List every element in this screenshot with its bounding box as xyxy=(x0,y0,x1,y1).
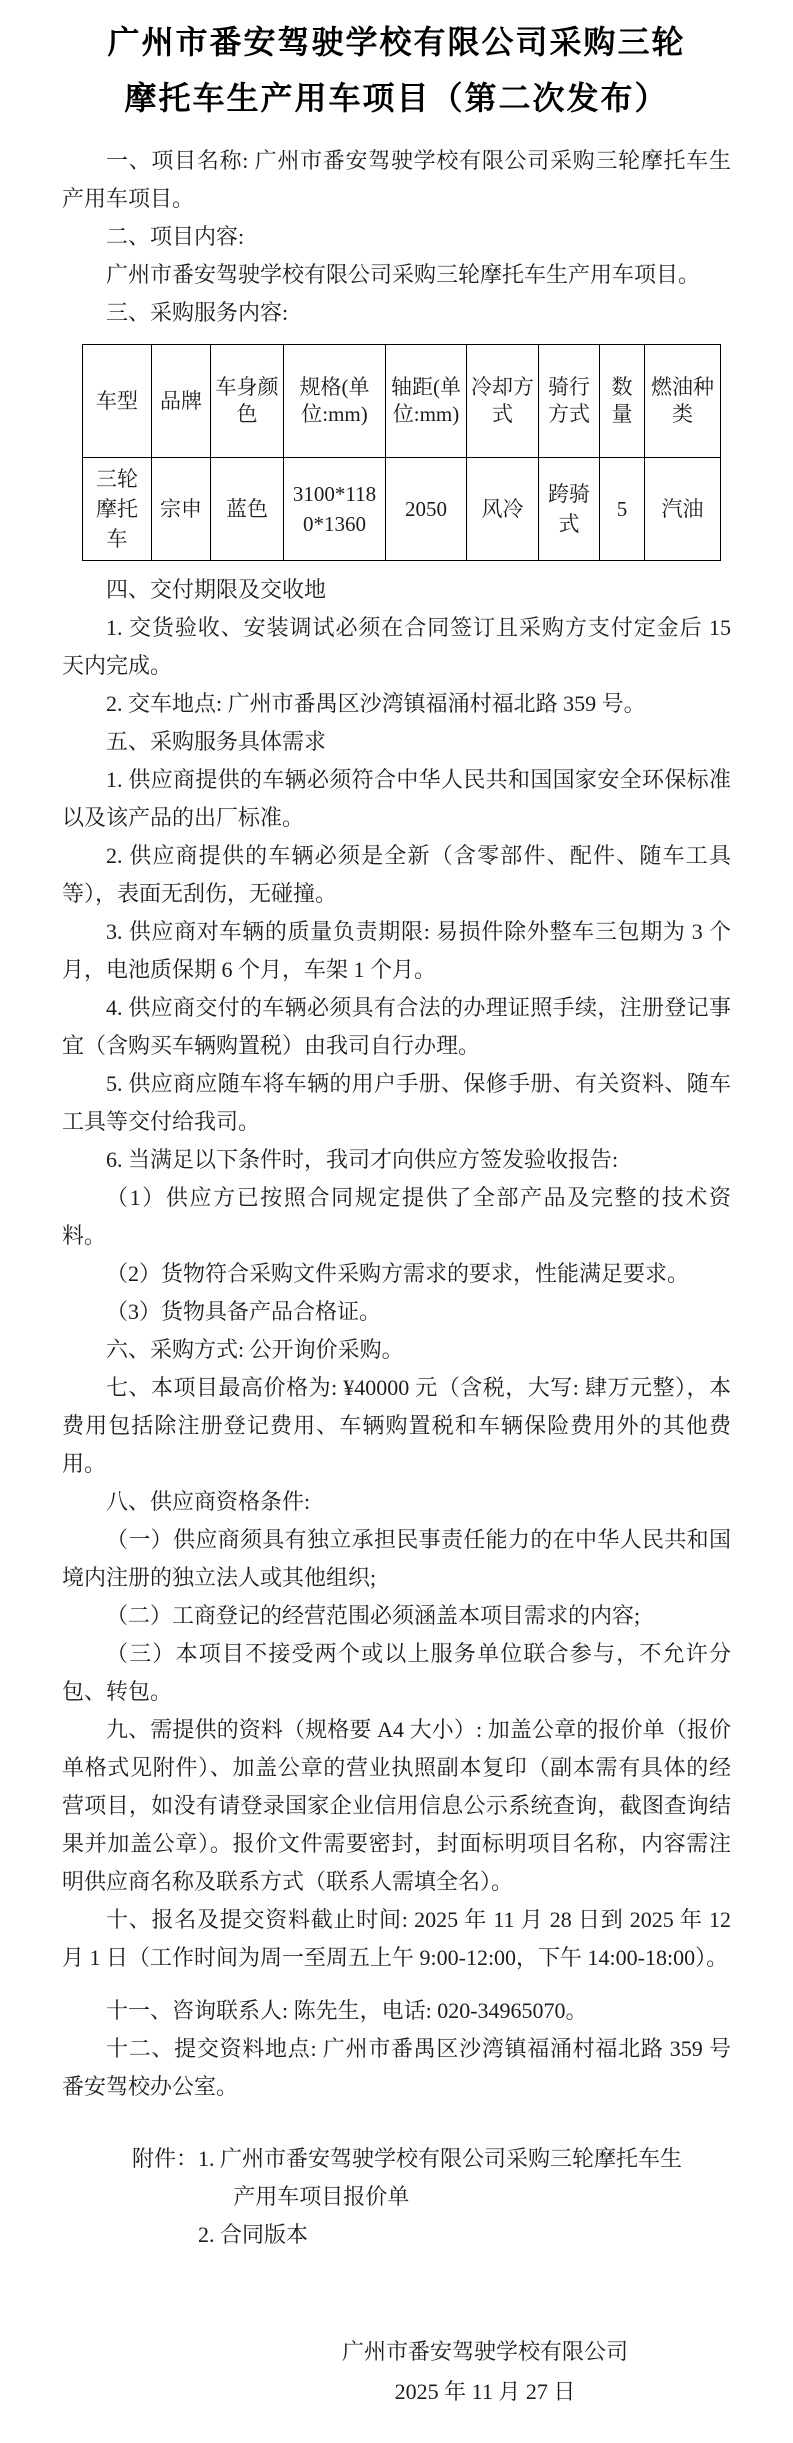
attachment-item: 2. 合同版本 xyxy=(198,2216,703,2254)
paragraph: （一）供应商须具有独立承担民事责任能力的在中华人民共和国境内注册的独立法人或其他… xyxy=(62,1521,731,1597)
table-data-cell: 宗申 xyxy=(152,458,211,561)
paragraph: 四、交付期限及交收地 xyxy=(62,571,731,609)
paragraph: （3）货物具备产品合格证。 xyxy=(62,1293,731,1331)
signature-date: 2025 年 11 月 27 日 xyxy=(342,2372,628,2412)
signature-block: 广州市番安驾驶学校有限公司 2025 年 11 月 27 日 xyxy=(342,2332,628,2412)
table-header-cell: 数量 xyxy=(600,345,645,458)
title-line-2: 摩托车生产用车项目（第二次发布） xyxy=(62,70,731,126)
table-data-row: 三轮摩托车宗申蓝色3100*1180*13602050风冷跨骑式5汽油 xyxy=(83,458,721,561)
table-data-cell: 三轮摩托车 xyxy=(83,458,152,561)
paragraph: 5. 供应商应随车将车辆的用户手册、保修手册、有关资料、随车工具等交付给我司。 xyxy=(62,1065,731,1141)
paragraph: 6. 当满足以下条件时，我司才向供应方签发验收报告: xyxy=(62,1141,731,1179)
table-header-cell: 燃油种类 xyxy=(645,345,721,458)
document-page: 广州市番安驾驶学校有限公司采购三轮 摩托车生产用车项目（第二次发布） 一、项目名… xyxy=(0,0,793,2443)
paragraph: 十一、咨询联系人: 陈先生，电话: 020-34965070。 xyxy=(62,1992,731,2030)
procurement-spec-table: 车型品牌车身颜色规格(单位:mm)轴距(单位:mm)冷却方式骑行方式数量燃油种类… xyxy=(82,344,721,561)
paragraph: （二）工商登记的经营范围必须涵盖本项目需求的内容; xyxy=(62,1597,731,1635)
paragraph: 十二、提交资料地点: 广州市番禺区沙湾镇福涌村福北路 359 号番安驾校办公室。 xyxy=(62,2030,731,2106)
main-sections: 四、交付期限及交收地1. 交货验收、安装调试必须在合同签订且采购方支付定金后 1… xyxy=(62,571,731,1977)
intro-paragraphs: 一、项目名称: 广州市番安驾驶学校有限公司采购三轮摩托车生产用车项目。二、项目内… xyxy=(62,142,731,332)
paragraph: 二、项目内容: xyxy=(62,218,731,256)
paragraph: 一、项目名称: 广州市番安驾驶学校有限公司采购三轮摩托车生产用车项目。 xyxy=(62,142,731,218)
table-header-cell: 车身颜色 xyxy=(211,345,284,458)
title-line-1: 广州市番安驾驶学校有限公司采购三轮 xyxy=(62,14,731,70)
paragraph: 六、采购方式: 公开询价采购。 xyxy=(62,1331,731,1369)
paragraph: 3. 供应商对车辆的质量负责期限: 易损件除外整车三包期为 3 个月，电池质保期… xyxy=(62,913,731,989)
paragraph: （2）货物符合采购文件采购方需求的要求，性能满足要求。 xyxy=(62,1255,731,1293)
paragraph: 广州市番安驾驶学校有限公司采购三轮摩托车生产用车项目。 xyxy=(62,256,731,294)
attachments-list: 1. 广州市番安驾驶学校有限公司采购三轮摩托车生产用车项目报价单2. 合同版本 xyxy=(198,2140,703,2254)
paragraph: 十、报名及提交资料截止时间: 2025 年 11 月 28 日到 2025 年 … xyxy=(62,1901,731,1977)
table-data-cell: 5 xyxy=(600,458,645,561)
table-data-cell: 3100*1180*1360 xyxy=(284,458,386,561)
paragraph: 4. 供应商交付的车辆必须具有合法的办理证照手续，注册登记事宜（含购买车辆购置税… xyxy=(62,989,731,1065)
paragraph: 九、需提供的资料（规格要 A4 大小）: 加盖公章的报价单（报价单格式见附件）、… xyxy=(62,1711,731,1901)
attachments-block: 附件： 1. 广州市番安驾驶学校有限公司采购三轮摩托车生产用车项目报价单2. 合… xyxy=(132,2140,731,2254)
table-header-cell: 车型 xyxy=(83,345,152,458)
paragraph: （三）本项目不接受两个或以上服务单位联合参与，不允许分包、转包。 xyxy=(62,1635,731,1711)
paragraph: 三、采购服务内容: xyxy=(62,294,731,332)
attachments-label: 附件： xyxy=(132,2140,198,2178)
table-data-cell: 跨骑式 xyxy=(539,458,600,561)
paragraph: 八、供应商资格条件: xyxy=(62,1483,731,1521)
table-header-cell: 冷却方式 xyxy=(467,345,539,458)
document-title: 广州市番安驾驶学校有限公司采购三轮 摩托车生产用车项目（第二次发布） xyxy=(62,14,731,126)
paragraph: （1）供应方已按照合同规定提供了全部产品及完整的技术资料。 xyxy=(62,1179,731,1255)
table-data-cell: 汽油 xyxy=(645,458,721,561)
table-header-cell: 品牌 xyxy=(152,345,211,458)
table-header-row: 车型品牌车身颜色规格(单位:mm)轴距(单位:mm)冷却方式骑行方式数量燃油种类 xyxy=(83,345,721,458)
paragraph: 七、本项目最高价格为: ¥40000 元（含税，大写: 肆万元整），本费用包括除… xyxy=(62,1369,731,1483)
table-data-cell: 2050 xyxy=(386,458,467,561)
table-header-cell: 骑行方式 xyxy=(539,345,600,458)
paragraph: 1. 供应商提供的车辆必须符合中华人民共和国国家安全环保标准以及该产品的出厂标准… xyxy=(62,761,731,837)
table-header-cell: 轴距(单位:mm) xyxy=(386,345,467,458)
paragraph: 五、采购服务具体需求 xyxy=(62,723,731,761)
contact-sections: 十一、咨询联系人: 陈先生，电话: 020-34965070。十二、提交资料地点… xyxy=(62,1992,731,2106)
attachment-item: 1. 广州市番安驾驶学校有限公司采购三轮摩托车生产用车项目报价单 xyxy=(198,2140,703,2216)
paragraph: 2. 交车地点: 广州市番禺区沙湾镇福涌村福北路 359 号。 xyxy=(62,685,731,723)
paragraph: 1. 交货验收、安装调试必须在合同签订且采购方支付定金后 15 天内完成。 xyxy=(62,609,731,685)
table-data-cell: 风冷 xyxy=(467,458,539,561)
paragraph: 2. 供应商提供的车辆必须是全新（含零部件、配件、随车工具等），表面无刮伤，无碰… xyxy=(62,837,731,913)
table-data-cell: 蓝色 xyxy=(211,458,284,561)
table-header-cell: 规格(单位:mm) xyxy=(284,345,386,458)
signature-company: 广州市番安驾驶学校有限公司 xyxy=(342,2332,628,2372)
